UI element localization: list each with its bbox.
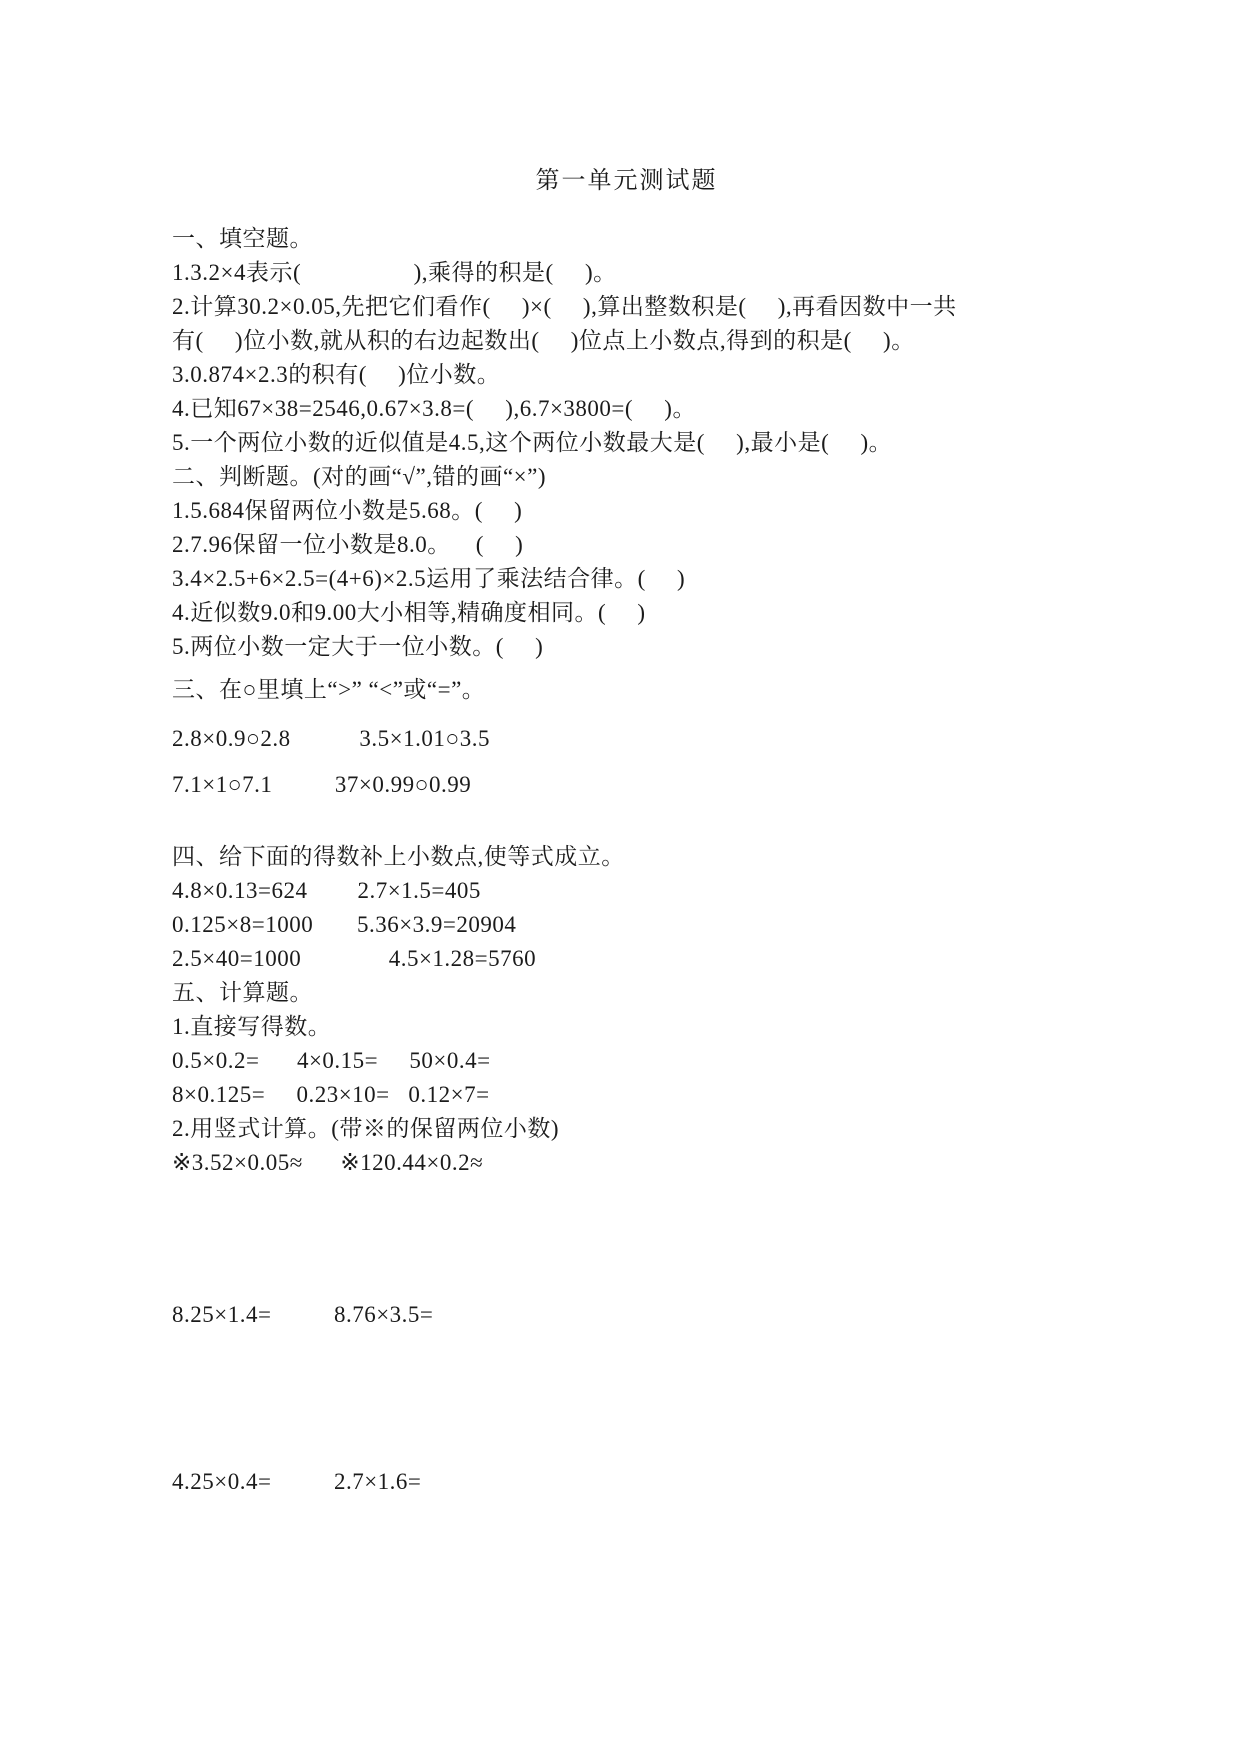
- compare-row-1: 2.8×0.9○2.8 3.5×1.01○3.5: [172, 722, 1081, 756]
- fill-item-5: 5.一个两位小数的近似值是4.5,这个两位小数最大是( ),最小是( )。: [172, 426, 1081, 460]
- quick-calc-row-2: 8×0.125= 0.23×10= 0.12×7=: [172, 1078, 1081, 1112]
- fill-item-4: 4.已知67×38=2546,0.67×3.8=( ),6.7×3800=( )…: [172, 392, 1081, 426]
- judge-item-2: 2.7.96保留一位小数是8.0。 ( ): [172, 528, 1081, 562]
- fill-item-1: 1.3.2×4表示( ),乘得的积是( )。: [172, 256, 1081, 290]
- section-3-header: 三、在○里填上“>” “<”或“=”。: [172, 673, 1081, 707]
- fill-item-3: 3.0.874×2.3的积有( )位小数。: [172, 358, 1081, 392]
- decimal-point-row-2: 0.125×8=1000 5.36×3.9=20904: [172, 908, 1081, 942]
- compare-row-2: 7.1×1○7.1 37×0.99○0.99: [172, 768, 1081, 802]
- judge-item-5: 5.两位小数一定大于一位小数。( ): [172, 630, 1081, 664]
- section-4-header: 四、给下面的得数补上小数点,使等式成立。: [172, 840, 1081, 874]
- vertical-calc-row-3: 4.25×0.4= 2.7×1.6=: [172, 1465, 1081, 1499]
- vertical-calc-row-2: 8.25×1.4= 8.76×3.5=: [172, 1298, 1081, 1332]
- fill-item-2-line-1: 2.计算30.2×0.05,先把它们看作( )×( ),算出整数积是( ),再看…: [172, 290, 1081, 324]
- worksheet-page: 第一单元测试题 一、填空题。 1.3.2×4表示( ),乘得的积是( )。 2.…: [0, 0, 1241, 1754]
- quick-calc-row-1: 0.5×0.2= 4×0.15= 50×0.4=: [172, 1044, 1081, 1078]
- judge-item-3: 3.4×2.5+6×2.5=(4+6)×2.5运用了乘法结合律。( ): [172, 562, 1081, 596]
- calc-subtitle-direct: 1.直接写得数。: [172, 1010, 1081, 1044]
- section-1-header: 一、填空题。: [172, 222, 1081, 256]
- decimal-point-row-1: 4.8×0.13=624 2.7×1.5=405: [172, 874, 1081, 908]
- calc-subtitle-vertical: 2.用竖式计算。(带※的保留两位小数): [172, 1112, 1081, 1146]
- judge-item-4: 4.近似数9.0和9.00大小相等,精确度相同。( ): [172, 596, 1081, 630]
- judge-item-1: 1.5.684保留两位小数是5.68。( ): [172, 494, 1081, 528]
- page-title: 第一单元测试题: [172, 166, 1081, 196]
- fill-item-2-line-2: 有( )位小数,就从积的右边起数出( )位点上小数点,得到的积是( )。: [172, 324, 1081, 358]
- section-2-header: 二、判断题。(对的画“√”,错的画“×”): [172, 460, 1081, 494]
- section-5-header: 五、计算题。: [172, 976, 1081, 1010]
- decimal-point-row-3: 2.5×40=1000 4.5×1.28=5760: [172, 942, 1081, 976]
- vertical-calc-row-1: ※3.52×0.05≈ ※120.44×0.2≈: [172, 1146, 1081, 1180]
